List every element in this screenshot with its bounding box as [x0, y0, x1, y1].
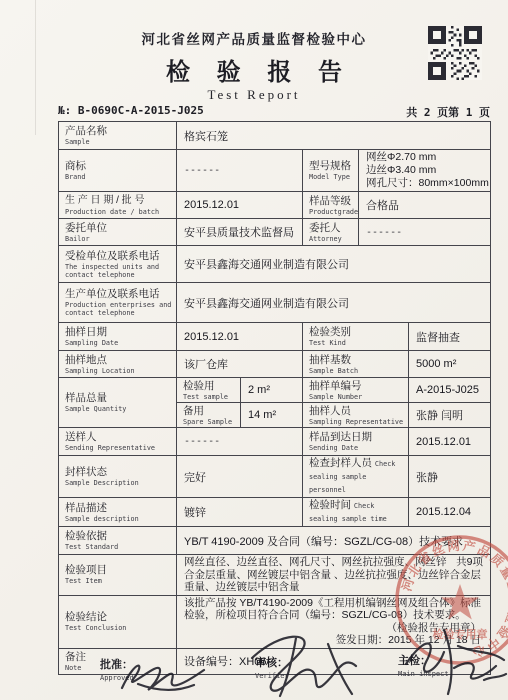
grade-value: 合格品 — [359, 192, 491, 219]
row-test-item: 检验项目Test Item 共9项网丝直径、边丝直径、网孔尺寸、网丝抗拉强度、网… — [59, 555, 491, 596]
sampling-date-label: 抽样日期Sampling Date — [59, 323, 177, 351]
conclusion-value: 该批产品按 YB/T4190-2009《工程用机编钢丝网及组合体》标准检验，所检… — [177, 595, 491, 648]
verifier-label: 审核： Verifier — [255, 654, 289, 680]
row-test-standard: 检验依据Test Standard YB/T 4190-2009 及合同（编号：… — [59, 527, 491, 555]
test-kind-label: 检验类别Test Kind — [303, 323, 409, 351]
production-unit-label: 生产单位及联系电话Production enterprises and cont… — [59, 283, 177, 323]
qr-code-icon — [428, 26, 482, 80]
test-standard-label: 检验依据Test Standard — [59, 527, 177, 555]
seal-checker-value: 张静 — [409, 456, 491, 498]
sending-rep-label: 送样人Sending Representative — [59, 428, 177, 456]
sampling-location-label: 抽样地点Sampling Location — [59, 351, 177, 378]
row-conclusion: 检验结论Test Conclusion 该批产品按 YB/T4190-2009《… — [59, 595, 491, 648]
brand-label: 商标Brand — [59, 150, 177, 192]
test-kind-value: 监督抽查 — [409, 323, 491, 351]
sampling-date-value: 2015.12.01 — [177, 323, 303, 351]
test-standard-value: YB/T 4190-2009 及合同（编号：SGZL/CG-08）技术要求 — [177, 527, 491, 555]
scanned-test-report-page: 河北省丝网产品质量监督检验中心 检 验 报 告 Test Report №: B… — [0, 0, 508, 700]
sample-quantity-label: 样品总量Sample Quantity — [59, 378, 177, 428]
row-production-date: 生 产 日 期 / 批 号Production date / batch 201… — [59, 192, 491, 219]
spare-sample-value: 14 m² — [241, 403, 303, 428]
sample-label: 产品名称Sample — [59, 122, 177, 150]
grade-label: 样品等级Productgrade — [303, 192, 359, 219]
test-item-value: 共9项网丝直径、边丝直径、网孔尺寸、网丝抗拉强度、网丝锌合金层重量、网丝镀层中铝… — [177, 555, 491, 596]
arrival-date-value: 2015.12.01 — [409, 428, 491, 456]
brand-value: ------ — [177, 150, 303, 192]
seal-checker-label: 检查封样人员 Check sealing sample personnel — [303, 456, 409, 498]
main-inspector-label: 主检： Main inspect — [398, 652, 449, 678]
sample-number-value: A-2015-J025 — [409, 378, 491, 403]
test-time-label: 检验时间 Check sealing sample time — [303, 498, 409, 527]
row-sending-rep: 送样人Sending Representative ------ 样品到达日期S… — [59, 428, 491, 456]
seal-state-label: 封样状态Sample Description — [59, 456, 177, 498]
row-seal-state: 封样状态Sample Description 完好 检查封样人员 Check s… — [59, 456, 491, 498]
production-date-value: 2015.12.01 — [177, 192, 303, 219]
production-date-label: 生 产 日 期 / 批 号Production date / batch — [59, 192, 177, 219]
sample-value: 格宾石笼 — [177, 122, 491, 150]
conclusion-label: 检验结论Test Conclusion — [59, 595, 177, 648]
row-sampling-location: 抽样地点Sampling Location 该厂仓库 抽样基数Sample Ba… — [59, 351, 491, 378]
sample-batch-label: 抽样基数Sample Batch — [303, 351, 409, 378]
row-sampling-date: 抽样日期Sampling Date 2015.12.01 检验类别Test Ki… — [59, 323, 491, 351]
attorney-value: ------ — [359, 219, 491, 246]
report-number-line: №: B-0690C-A-2015-J025 共 2 页第 1 页 — [58, 104, 490, 120]
report-number: №: B-0690C-A-2015-J025 — [58, 104, 204, 120]
bailor-value: 安平县质量技术监督局 — [177, 219, 303, 246]
model-value: 网丝Φ2.70 mm 边丝Φ3.40 mm 网孔尺寸：80mm×100mm — [359, 150, 491, 192]
spare-sample-label: 备用Spare Sample — [177, 403, 241, 428]
report-table: 产品名称Sample 格宾石笼 商标Brand ------ 型号规格Model… — [58, 121, 491, 675]
report-subtitle: Test Report — [0, 87, 508, 103]
sample-desc-label: 样品描述Sample description — [59, 498, 177, 527]
sample-batch-value: 5000 m² — [409, 351, 491, 378]
row-production-unit: 生产单位及联系电话Production enterprises and cont… — [59, 283, 491, 323]
approver-label: 批准： Approved — [100, 656, 134, 682]
test-sample-value: 2 m² — [241, 378, 303, 403]
sampling-rep-label: 抽样人员Sampling Representative — [303, 403, 409, 428]
test-item-label: 检验项目Test Item — [59, 555, 177, 596]
row-sample-quantity-1: 样品总量Sample Quantity 检验用Test sample 2 m² … — [59, 378, 491, 403]
row-brand-model: 商标Brand ------ 型号规格Model Type 网丝Φ2.70 mm… — [59, 150, 491, 192]
inspected-unit-value: 安平县鑫海交通网业制造有限公司 — [177, 246, 491, 283]
sampling-rep-value: 张静 闫明 — [409, 403, 491, 428]
arrival-date-label: 样品到达日期Sending Date — [303, 428, 409, 456]
row-sample: 产品名称Sample 格宾石笼 — [59, 122, 491, 150]
sampling-location-value: 该厂仓库 — [177, 351, 303, 378]
row-inspected-unit: 受检单位及联系电话The inspected units and contact… — [59, 246, 491, 283]
seal-state-value: 完好 — [177, 456, 303, 498]
sending-rep-value: ------ — [177, 428, 303, 456]
sample-desc-value: 镀锌 — [177, 498, 303, 527]
production-unit-value: 安平县鑫海交通网业制造有限公司 — [177, 283, 491, 323]
row-bailor: 委托单位Bailor 安平县质量技术监督局 委托人Attorney ------ — [59, 219, 491, 246]
test-time-value: 2015.12.04 — [409, 498, 491, 527]
test-sample-label: 检验用Test sample — [177, 378, 241, 403]
model-label: 型号规格Model Type — [303, 150, 359, 192]
attorney-label: 委托人Attorney — [303, 219, 359, 246]
page-info: 共 2 页第 1 页 — [406, 104, 490, 120]
sample-number-label: 抽样单编号Sample Number — [303, 378, 409, 403]
inspected-unit-label: 受检单位及联系电话The inspected units and contact… — [59, 246, 177, 283]
row-sample-desc: 样品描述Sample description 镀锌 检验时间 Check sea… — [59, 498, 491, 527]
bailor-label: 委托单位Bailor — [59, 219, 177, 246]
